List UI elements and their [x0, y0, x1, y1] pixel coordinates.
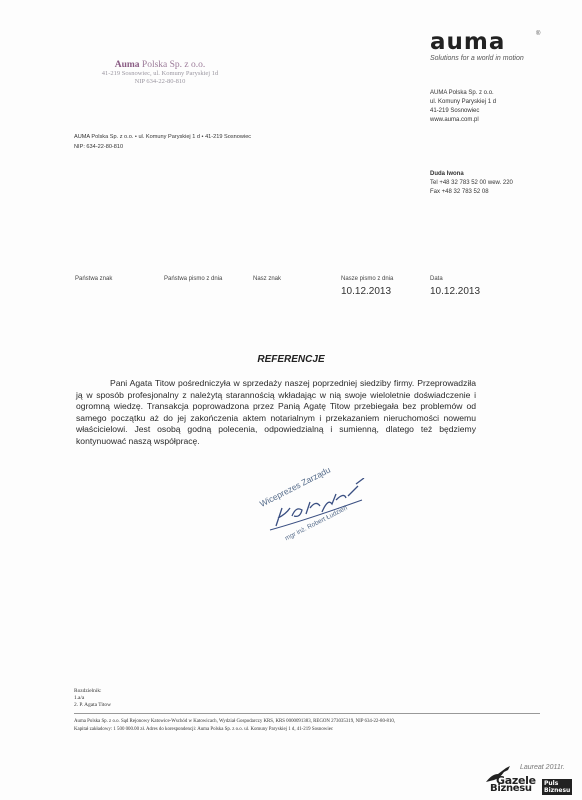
- your-ref: Państwa znak: [75, 276, 112, 282]
- contact-person: Duda Iwona: [430, 170, 513, 179]
- contact-fax: Fax +48 32 783 52 08: [430, 188, 513, 197]
- your-letter-date: Państwa pismo z dnia: [164, 276, 222, 282]
- sender-address: AUMA Polska Sp. z o.o. • ul. Komuny Pary…: [74, 132, 251, 152]
- handwritten-signature: [266, 478, 376, 538]
- stamp-company: Auma Polska Sp. z o.o.: [90, 60, 230, 70]
- company-website[interactable]: www.auma.com.pl: [430, 116, 496, 125]
- stamp-address: 41-219 Sosnowiec, ul. Komuny Paryskiej 1…: [90, 70, 230, 78]
- our-letter-date: Nasze pismo z dnia 10.12.2013: [341, 276, 393, 297]
- signature-block: Wiceprezes Zarządu mgr inż. Robert Łudzi…: [258, 478, 388, 548]
- letter-date: Data 10.12.2013: [430, 276, 480, 297]
- company-address: AUMA Polska Sp. z o.o. ul. Komuny Parysk…: [430, 89, 496, 125]
- letter-body: Pani Agata Titow pośredniczyła w sprzeda…: [76, 378, 476, 447]
- contact-tel: Tel +48 32 783 52 00 wew. 220: [430, 179, 513, 188]
- puls-biznesu-badge: Puls Biznesu: [542, 779, 572, 795]
- distribution-list: Rozdzielnik: 1.a/a 2. P. Agata Titow: [74, 688, 111, 709]
- logo-tagline: Solutions for a world in motion: [430, 55, 524, 62]
- gazele-biznesu-logo: Gazele Biznesu Puls Biznesu: [484, 772, 576, 798]
- auma-logo: auma ® Solutions for a world in motion: [430, 30, 524, 62]
- stamp-nip: NIP 634-22-80-810: [90, 78, 230, 86]
- footer-divider: [74, 713, 540, 714]
- letter-title: REFERENCJE: [0, 354, 582, 365]
- our-ref: Nasz znak: [253, 276, 281, 282]
- logo-wordmark: auma: [430, 30, 524, 54]
- legal-footer: Auma Polska Sp. z o.o. Sąd Rejonowy Kato…: [74, 718, 395, 734]
- company-stamp: Auma Polska Sp. z o.o. 41-219 Sosnowiec,…: [90, 60, 230, 86]
- registered-mark: ®: [536, 31, 540, 37]
- award-year: Laureat 2011r.: [520, 764, 565, 771]
- contact-block: Duda Iwona Tel +48 32 783 52 00 wew. 220…: [430, 170, 513, 197]
